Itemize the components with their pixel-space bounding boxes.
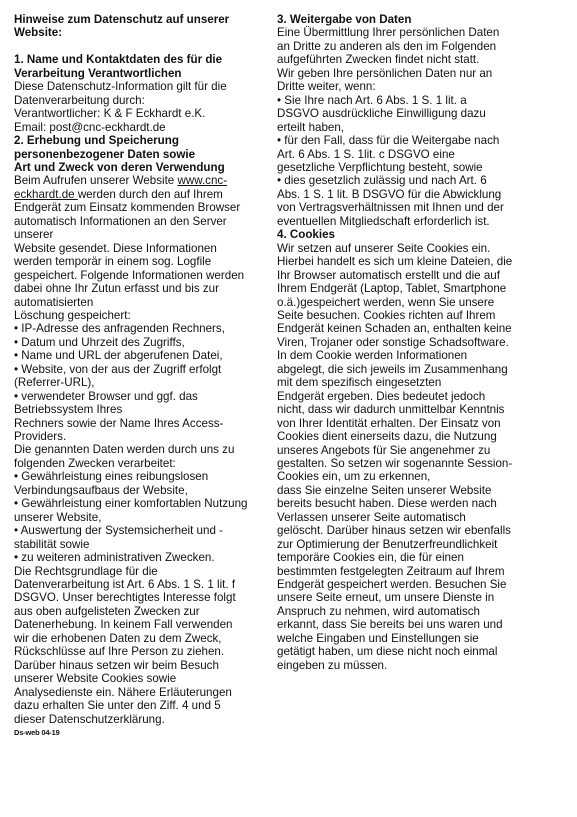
section-3-line: gesetzliche Verpflichtung besteht, sowie (277, 161, 567, 174)
section-2-line: • Website, von der aus der Zugriff erfol… (14, 363, 276, 376)
section-4-line: mit dem spezifisch eingesetzten (277, 376, 567, 389)
section-3-line: • dies gesetzlich zulässig und nach Art.… (277, 174, 567, 187)
section-4: 4. Cookies Wir setzen auf unserer Seite … (277, 228, 567, 672)
section-4-line: gelöscht. Darüber hinaus setzen wir eben… (277, 524, 567, 537)
document-code: Ds-web 04-19 (14, 728, 276, 738)
section-4-line: Endgerät ergeben. Dies bedeutet jedoch (277, 390, 567, 403)
intro-text: werden durch den auf Ihrem (78, 188, 223, 201)
section-4-line: Viren, Trojaner oder sonstige Schadsoftw… (277, 336, 567, 349)
section-4-line: welche Eingaben und Einstellungen sie (277, 632, 567, 645)
section-2-line: Website gesendet. Diese Informationen (14, 242, 276, 255)
section-4-line: Ihrem Endgerät (Laptop, Tablet, Smartpho… (277, 282, 567, 295)
left-column: Hinweise zum Datenschutz auf unserer Web… (14, 13, 276, 738)
section-4-line: eingeben zu müssen. (277, 659, 567, 672)
section-2-line: Rückschlüsse auf Ihre Person zu ziehen. (14, 645, 276, 658)
intro-text: Beim Aufrufen unserer Website (14, 174, 177, 187)
responsible-party: Verantwortlicher: K & F Eckhardt e.K. (14, 107, 276, 120)
section-2-line: folgenden Zwecken verarbeitet: (14, 457, 276, 470)
section-3-line: DSGVO ausdrückliche Einwilligung dazu (277, 107, 567, 120)
section-2-line: stabilität sowie (14, 538, 276, 551)
section-2-line: DSGVO. Unser berechtigtes Interesse folg… (14, 591, 276, 604)
section-2-line: Darüber hinaus setzen wir beim Besuch (14, 659, 276, 672)
section-2-line: Löschung gespeichert: (14, 309, 276, 322)
contact-email: Email: post@cnc-eckhardt.de (14, 121, 276, 134)
section-4-line: Ihr Browser automatisch erstellt und die… (277, 269, 567, 282)
section-2-body: Endgerät zum Einsatz kommenden Browserau… (14, 201, 276, 726)
section-3-line: • für den Fall, dass für die Weitergabe … (277, 134, 567, 147)
section-2-intro-cont: eckhardt.de werden durch den auf Ihrem (14, 188, 276, 201)
section-2-line: • zu weiteren administrativen Zwecken. (14, 551, 276, 564)
section-4-line: getätigt haben, um diese nicht noch einm… (277, 645, 567, 658)
section-4-line: zur Optimierung der Benutzerfreundlichke… (277, 538, 567, 551)
section-2-line: • Gewährleistung eines reibungslosen (14, 470, 276, 483)
section-2-line: • Gewährleistung einer komfortablen Nutz… (14, 497, 276, 510)
section-4-line: Cookies ein, um zu erkennen, (277, 470, 567, 483)
section-4-line: temporäre Cookies ein, die für einen (277, 551, 567, 564)
section-2-line: gespeichert. Folgende Informationen werd… (14, 269, 276, 282)
section-1-heading: 1. Name und Kontaktdaten des für die (14, 53, 276, 66)
section-3-line: von Vertragsverhältnissen mit Ihnen und … (277, 201, 567, 214)
section-2: 2. Erhebung und Speicherung personenbezo… (14, 134, 276, 726)
section-4-line: bestimmten festgelegten Zeitraum auf Ihr… (277, 565, 567, 578)
document-title-line-2: Website: (14, 26, 276, 39)
section-2-line: • Auswertung der Systemsicherheit und - (14, 524, 276, 537)
section-2-line: Analysedienste ein. Nähere Erläuterungen (14, 686, 276, 699)
section-2-line: Datenerhebung. In keinem Fall verwenden (14, 618, 276, 631)
section-4-line: Cookies dient einerseits dazu, die Nutzu… (277, 430, 567, 443)
section-4-line: abgelegt, die sich jeweils im Zusammenha… (277, 363, 567, 376)
section-4-body: Wir setzen auf unserer Seite Cookies ein… (277, 242, 567, 673)
section-1-text: Diese Datenschutz-Information gilt für d… (14, 80, 276, 93)
section-2-line: unserer Website Cookies sowie (14, 672, 276, 685)
section-2-line: Providers. (14, 430, 276, 443)
section-2-line: wir die erhobenen Daten zu dem Zweck, (14, 632, 276, 645)
section-3-line: erteilt haben, (277, 121, 567, 134)
right-column: 3. Weitergabe von Daten Eine Übermittlun… (277, 13, 567, 672)
section-4-line: unseres Angebots für Sie angenehmer zu (277, 444, 567, 457)
section-4-line: o.ä.)gespeichert werden, wenn Sie unsere (277, 296, 567, 309)
section-4-line: In dem Cookie werden Informationen (277, 349, 567, 362)
section-2-heading: 2. Erhebung und Speicherung (14, 134, 276, 147)
section-2-line: • Datum und Uhrzeit des Zugriffs, (14, 336, 276, 349)
section-4-line: dass Sie einzelne Seiten unserer Website (277, 484, 567, 497)
section-3-heading: 3. Weitergabe von Daten (277, 13, 567, 26)
spacer (14, 40, 276, 53)
section-3-line: Art. 6 Abs. 1 S. 1lit. c DSGVO eine (277, 148, 567, 161)
section-2-line: (Referrer-URL), (14, 376, 276, 389)
section-2-line: werden temporär in einem sog. Logfile (14, 255, 276, 268)
section-2-line: Verbindungsaufbaus der Website, (14, 484, 276, 497)
section-2-line: Rechners sowie der Name Ihres Access- (14, 417, 276, 430)
section-4-line: Wir setzen auf unserer Seite Cookies ein… (277, 242, 567, 255)
section-3-line: • Sie Ihre nach Art. 6 Abs. 1 S. 1 lit. … (277, 94, 567, 107)
section-2-intro: Beim Aufrufen unserer Website www.cnc- (14, 174, 276, 187)
section-1-text: Datenverarbeitung durch: (14, 94, 276, 107)
section-3-body: Eine Übermittlung Ihrer persönlichen Dat… (277, 26, 567, 228)
section-4-line: Endgerät gespeichert werden. Besuchen Si… (277, 578, 567, 591)
section-4-line: Hierbei handelt es sich um kleine Dateie… (277, 255, 567, 268)
section-3-line: Abs. 1 S. 1 lit. B DSGVO für die Abwickl… (277, 188, 567, 201)
section-2-line: unserer (14, 228, 276, 241)
section-2-line: Datenverarbeitung ist Art. 6 Abs. 1 S. 1… (14, 578, 276, 591)
section-4-line: Verlassen unserer Seite automatisch (277, 511, 567, 524)
section-3-line: Eine Übermittlung Ihrer persönlichen Dat… (277, 26, 567, 39)
section-3: 3. Weitergabe von Daten Eine Übermittlun… (277, 13, 567, 228)
section-3-line: aufgeführten Zwecken findet nicht statt. (277, 53, 567, 66)
section-4-line: nicht, dass wir dadurch unmittelbar Kenn… (277, 403, 567, 416)
section-2-heading: personenbezogener Daten sowie (14, 148, 276, 161)
section-3-line: eventuellen Mitgliedschaft erforderlich … (277, 215, 567, 228)
section-2-line: Die Rechtsgrundlage für die (14, 565, 276, 578)
section-2-line: Endgerät zum Einsatz kommenden Browser (14, 201, 276, 214)
section-2-line: automatisch Informationen an den Server (14, 215, 276, 228)
document-title-line-1: Hinweise zum Datenschutz auf unserer (14, 13, 276, 26)
website-link[interactable]: eckhardt.de (14, 188, 78, 201)
section-4-line: bereits besucht haben. Diese werden nach (277, 497, 567, 510)
section-4-line: Seite besuchen. Cookies richten auf Ihre… (277, 309, 567, 322)
section-4-line: Endgerät keinen Schaden an, enthalten ke… (277, 322, 567, 335)
section-2-line: Die genannten Daten werden durch uns zu (14, 443, 276, 456)
section-2-heading: Art und Zweck von deren Verwendung (14, 161, 276, 174)
section-4-line: von Ihrer Identität erhalten. Der Einsat… (277, 417, 567, 430)
section-2-line: dieser Datenschutzerklärung. (14, 713, 276, 726)
section-2-line: aus oben aufgelisteten Zwecken zur (14, 605, 276, 618)
section-2-line: dabei ohne Ihr Zutun erfasst und bis zur (14, 282, 276, 295)
website-link[interactable]: www.cnc- (177, 174, 227, 187)
section-2-line: unserer Website, (14, 511, 276, 524)
section-3-line: Dritte weiter, wenn: (277, 80, 567, 93)
section-4-line: gestalten. So setzen wir sogenannte Sess… (277, 457, 567, 470)
section-4-line: Anspruch zu nehmen, wird automatisch (277, 605, 567, 618)
section-2-line: • IP-Adresse des anfragenden Rechners, (14, 322, 276, 335)
section-1: 1. Name und Kontaktdaten des für die Ver… (14, 53, 276, 134)
section-4-heading: 4. Cookies (277, 228, 567, 241)
section-3-line: an Dritte zu anderen als den im Folgende… (277, 40, 567, 53)
section-2-line: Betriebssystem Ihres (14, 403, 276, 416)
section-2-line: dazu erhalten Sie unter den Ziff. 4 und … (14, 699, 276, 712)
section-2-line: • verwendeter Browser und ggf. das (14, 390, 276, 403)
section-1-heading: Verarbeitung Verantwortlichen (14, 67, 276, 80)
section-3-line: Wir geben Ihre persönlichen Daten nur an (277, 67, 567, 80)
section-4-line: unsere Seite erneut, um unsere Dienste i… (277, 591, 567, 604)
section-2-line: automatisierten (14, 296, 276, 309)
section-2-line: • Name und URL der abgerufenen Datei, (14, 349, 276, 362)
section-4-line: erkannt, dass Sie bereits bei uns waren … (277, 618, 567, 631)
